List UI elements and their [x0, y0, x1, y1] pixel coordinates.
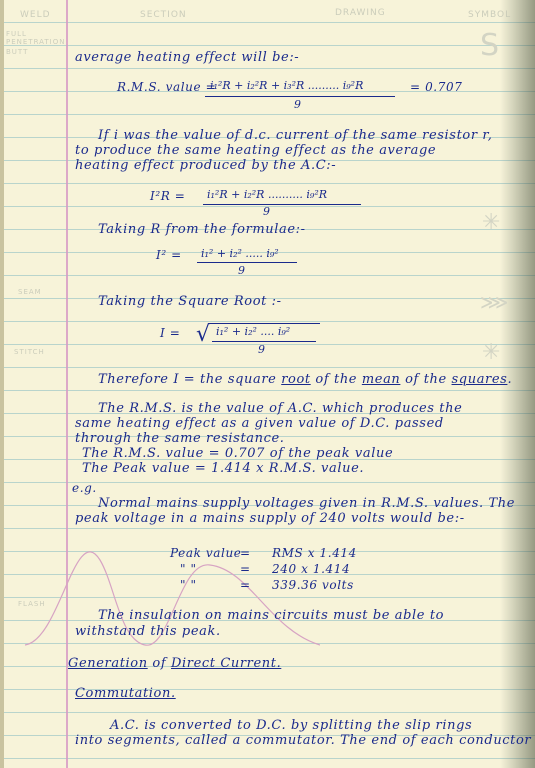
- eq3-numerator: i₁² + i₂² ..... i₉²: [201, 247, 279, 260]
- margin-line: [66, 0, 68, 768]
- text-line: to produce the same heating effect as th…: [75, 143, 436, 158]
- text-line: The insulation on mains circuits must be…: [98, 608, 444, 623]
- text-line: withstand this peak.: [75, 624, 221, 639]
- calc-eq: =: [240, 578, 251, 592]
- text-line: If i was the value of d.c. current of th…: [98, 128, 493, 143]
- eq4-denominator: 9: [258, 343, 265, 356]
- text-line: heating effect produced by the A.C:-: [75, 158, 336, 173]
- label-seam: SEAM: [18, 288, 42, 296]
- calc-rhs: RMS x 1.414: [272, 546, 357, 560]
- fraction-bar: [197, 262, 297, 263]
- fraction-bar: [212, 341, 316, 342]
- heading-commutation: Commutation.: [75, 686, 176, 701]
- header-section: SECTION: [140, 10, 187, 20]
- calc-rhs: 240 x 1.414: [272, 562, 350, 576]
- eq1-denominator: 9: [294, 98, 301, 111]
- label-butt: BUTT: [6, 48, 28, 56]
- header-symbol: SYMBOL: [468, 10, 511, 20]
- text-line: Taking the Square Root :-: [98, 294, 282, 309]
- symbol-asterisk-icon: ✳: [482, 210, 500, 235]
- notebook-page: WELD SECTION DRAWING SYMBOL FULL PENETRA…: [0, 0, 535, 768]
- text-line: The R.M.S. is the value of A.C. which pr…: [98, 401, 462, 416]
- label-full-penetration: FULL PENETRATION: [6, 30, 62, 46]
- header-weld: WELD: [20, 10, 51, 20]
- heading-generation-dc: Generation of Direct Current.: [68, 656, 281, 671]
- symbol-asterisk-icon: ✳: [482, 340, 500, 365]
- fraction-bar: [205, 96, 395, 97]
- text-line: through the same resistance.: [75, 431, 285, 446]
- text-line: A.C. is converted to D.C. by splitting t…: [110, 718, 472, 733]
- eq2-numerator: i₁²R + i₂²R .......... i₉²R: [207, 188, 327, 201]
- text-line: same heating effect as a given value of …: [75, 416, 444, 431]
- symbol-s-icon: S: [480, 28, 499, 63]
- text-line: Taking R from the formulae:-: [98, 222, 306, 237]
- calc-eq: =: [240, 562, 251, 576]
- eq4-lhs: I =: [160, 326, 180, 340]
- radical-icon: √: [196, 322, 211, 347]
- eq4-numerator: i₁² + i₂² .... i₉²: [216, 325, 290, 338]
- therefore-line: Therefore I = the square root of the mea…: [98, 372, 512, 387]
- underlined-squares: squares: [452, 372, 508, 387]
- underlined-root: root: [281, 372, 311, 387]
- eq1-numerator: i₁²R + i₂²R + i₃²R ......... i₉²R: [210, 79, 363, 92]
- text-line: e.g.: [72, 481, 97, 495]
- underlined-mean: mean: [362, 372, 401, 387]
- fraction-bar: [203, 204, 361, 205]
- header-drawing: DRAWING: [335, 8, 386, 18]
- eq1-lhs: R.M.S. value =: [117, 80, 216, 94]
- text-line: Normal mains supply voltages given in R.…: [98, 496, 515, 511]
- calc-lhs: " ": [180, 578, 197, 592]
- text-line: The R.M.S. value = 0.707 of the peak val…: [82, 446, 393, 461]
- calc-rhs: 339.36 volts: [272, 578, 354, 592]
- page-edge: [0, 0, 4, 768]
- label-stitch: STITCH: [14, 348, 45, 356]
- eq3-lhs: I² =: [156, 248, 182, 262]
- text-line: average heating effect will be:-: [75, 50, 299, 65]
- eq2-denominator: 9: [263, 205, 270, 218]
- calc-lhs: Peak value: [170, 546, 241, 560]
- eq3-denominator: 9: [238, 264, 245, 277]
- eq1-rhs: = 0.707: [410, 80, 462, 94]
- text-line: peak voltage in a mains supply of 240 vo…: [75, 511, 465, 526]
- eq2-lhs: I²R =: [150, 189, 185, 203]
- calc-lhs: " ": [180, 562, 197, 576]
- symbol-zigzag-icon: ⋙: [480, 290, 508, 314]
- text-line: The Peak value = 1.414 x R.M.S. value.: [82, 461, 364, 476]
- calc-eq: =: [240, 546, 251, 560]
- radical-bar: [208, 323, 320, 324]
- text-line: into segments, called a commutator. The …: [75, 733, 531, 748]
